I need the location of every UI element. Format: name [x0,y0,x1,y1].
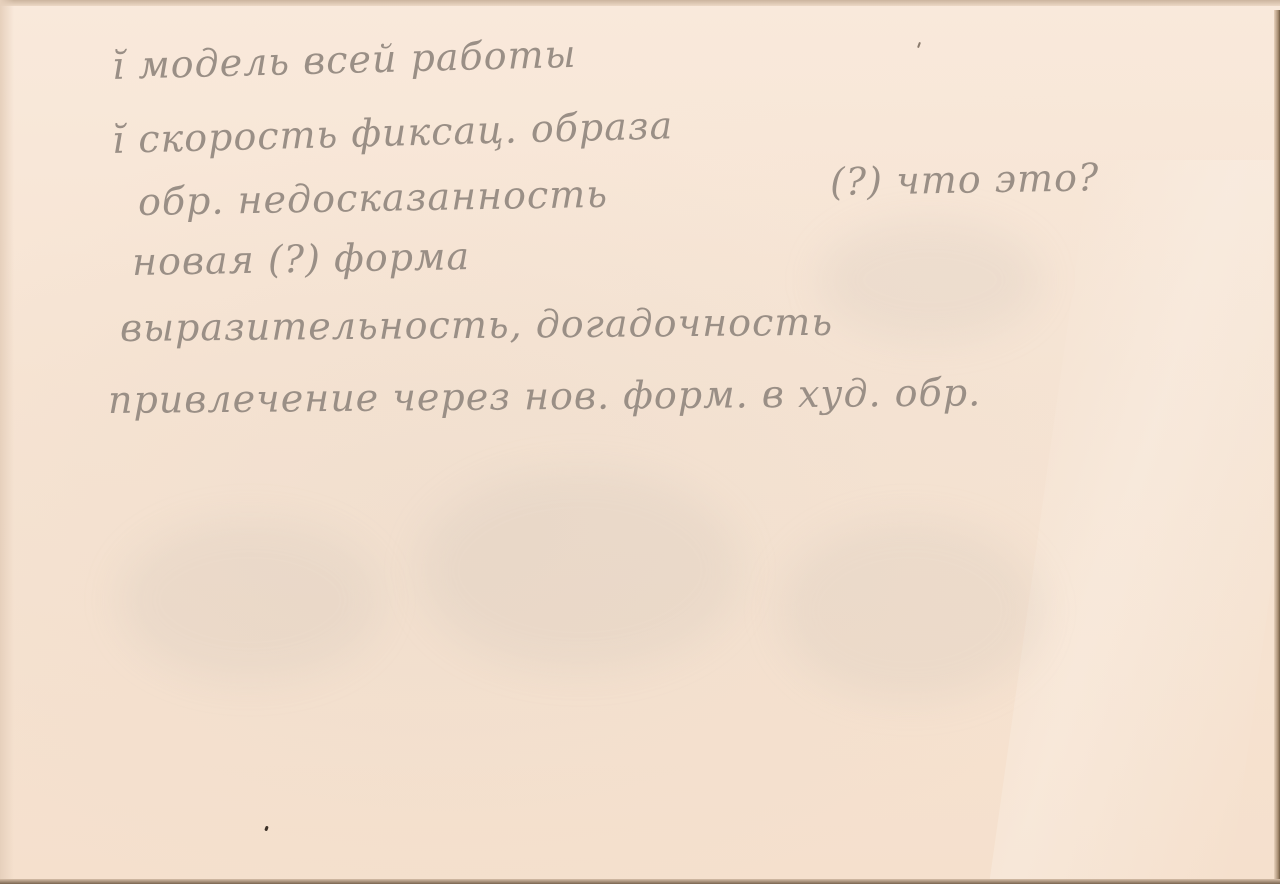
page-bottom-edge [0,879,1280,884]
show-through-smudge [120,520,380,680]
notebook-page: ĭ модель всей работы ĭ скорость фиксац. … [0,0,1280,884]
show-through-smudge [780,520,1040,700]
pencil-speck [917,42,921,48]
handwritten-line-5: выразительность, догадочность [120,300,833,350]
handwritten-line-2: ĭ скорость фиксац. образа [111,103,673,162]
pencil-speck [264,826,269,832]
handwritten-line-4: новая (?) форма [132,234,471,284]
handwritten-line-1: ĭ модель всей работы [111,32,577,88]
show-through-smudge [420,470,740,670]
page-right-edge [1274,10,1280,884]
handwritten-line-3: обр. недосказанность [138,172,609,224]
show-through-smudge [820,220,1040,340]
handwritten-line-3-annotation: (?) что это? [830,155,1100,204]
handwritten-line-6: привлечение через нов. форм. в худ. обр. [108,370,982,422]
page-top-edge [0,0,1280,6]
page-left-edge [0,0,14,884]
